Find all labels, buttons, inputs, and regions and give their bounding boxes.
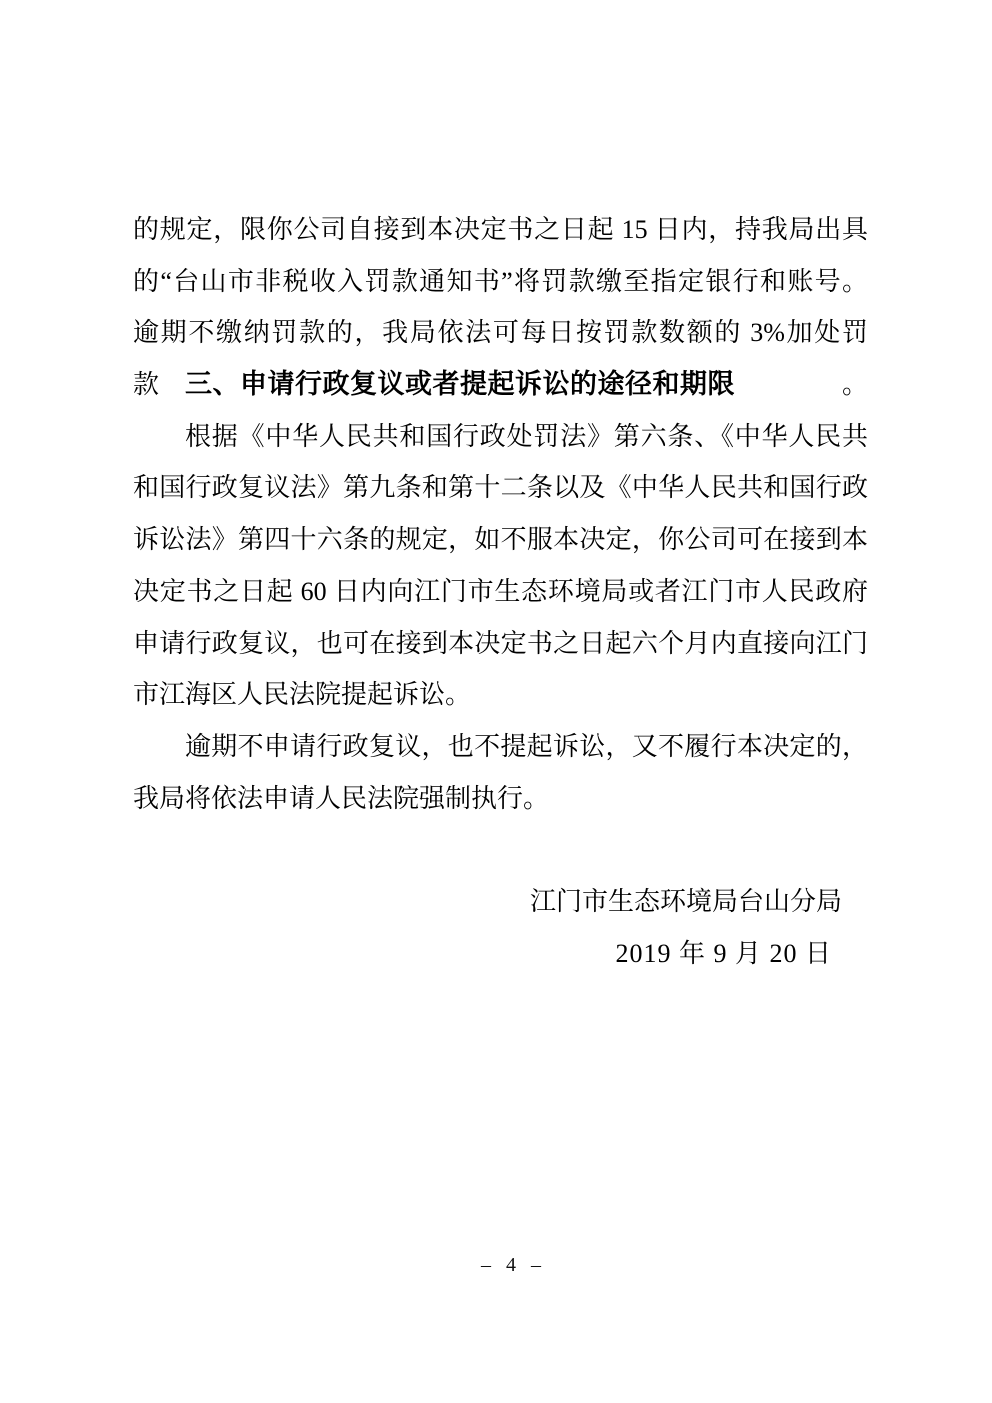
text-line: 申请行政复议，也可在接到本决定书之日起六个月内直接向江门 [133,618,868,670]
text-line: 我局将依法申请人民法院强制执行。 [133,773,868,825]
document-body: 的规定，限你公司自接到本决定书之日起 15 日内，持我局出具 的“台山市非税收入… [133,204,868,979]
text-line: 市江海区人民法院提起诉讼。 [133,669,868,721]
text-line: 的规定，限你公司自接到本决定书之日起 15 日内，持我局出具 [133,204,868,256]
text-line: 逾期不缴纳罚款的，我局依法可每日按罚款数额的 3%加处罚款。 [133,307,868,359]
signature-date-line: 2019 年 9 月 20 日 [133,928,868,980]
blank-line [133,824,868,876]
text-line: 决定书之日起 60 日内向江门市生态环境局或者江门市人民政府 [133,566,868,618]
document-page: 的规定，限你公司自接到本决定书之日起 15 日内，持我局出具 的“台山市非税收入… [0,0,992,1403]
text-line: 逾期不申请行政复议，也不提起诉讼，又不履行本决定的， [133,721,868,773]
text-line: 根据《中华人民共和国行政处罚法》第六条、《中华人民共 [133,411,868,463]
text-line: 的“台山市非税收入罚款通知书”将罚款缴至指定银行和账号。 [133,256,868,308]
page-number: – 4 – [30,1252,992,1278]
text-line: 诉讼法》第四十六条的规定，如不服本决定，你公司可在接到本 [133,514,868,566]
signature-org-line: 江门市生态环境局台山分局 [133,876,868,928]
text-line: 和国行政复议法》第九条和第十二条以及《中华人民共和国行政 [133,462,868,514]
